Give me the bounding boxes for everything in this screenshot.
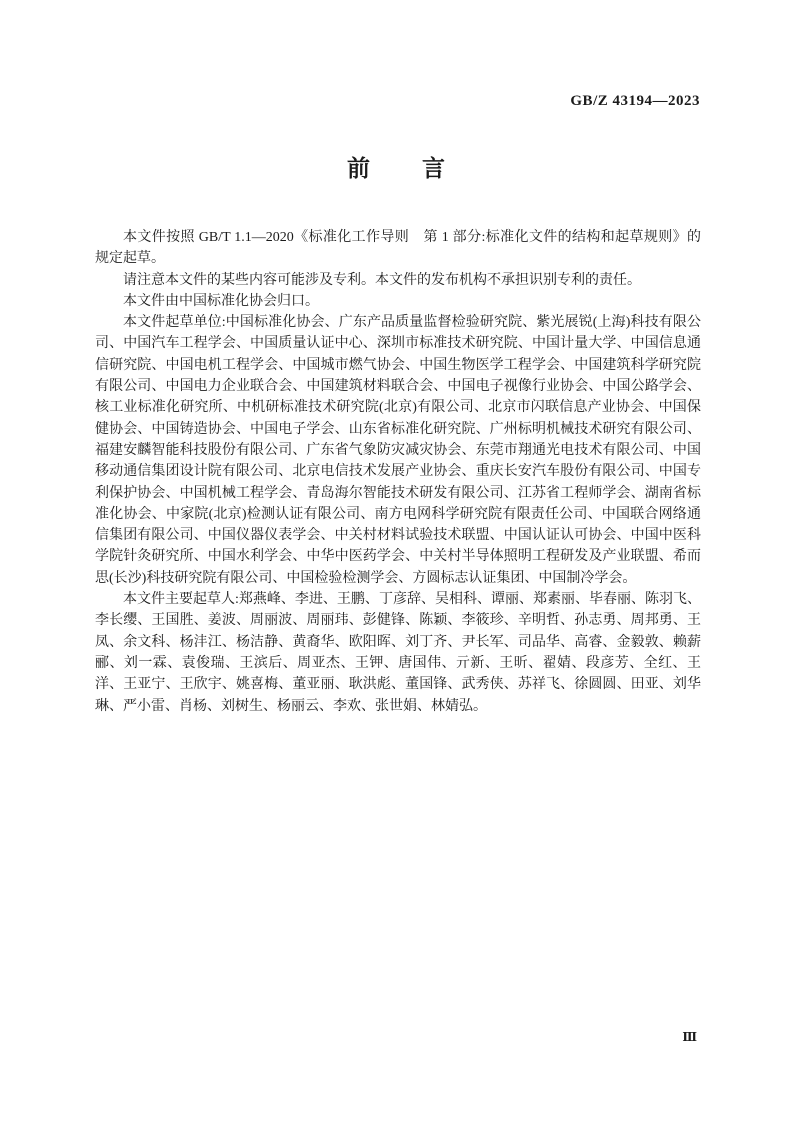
foreword-title: 前 言: [0, 150, 794, 183]
para-patent-notice: 请注意本文件的某些内容可能涉及专利。本文件的发布机构不承担识别专利的责任。: [95, 270, 701, 291]
para-drafting-basis: 本文件按照 GB/T 1.1—2020《标准化工作导则 第 1 部分:标准化文件…: [95, 227, 701, 270]
page-number: Ⅲ: [682, 1030, 697, 1045]
standard-number: GB/Z 43194—2023: [570, 93, 700, 110]
para-drafting-organizations: 本文件起草单位:中国标准化协会、广东产品质量监督检验研究院、紫光展锐(上海)科技…: [95, 312, 701, 589]
para-centralized-body: 本文件由中国标准化协会归口。: [95, 291, 701, 312]
para-main-drafters: 本文件主要起草人:郑燕峰、李进、王鹏、丁彦辞、吴相科、谭丽、郑素丽、毕春丽、陈羽…: [95, 589, 701, 717]
document-page: GB/Z 43194—2023 前 言 本文件按照 GB/T 1.1—2020《…: [0, 0, 794, 1123]
document-body: 本文件按照 GB/T 1.1—2020《标准化工作导则 第 1 部分:标准化文件…: [95, 227, 701, 717]
